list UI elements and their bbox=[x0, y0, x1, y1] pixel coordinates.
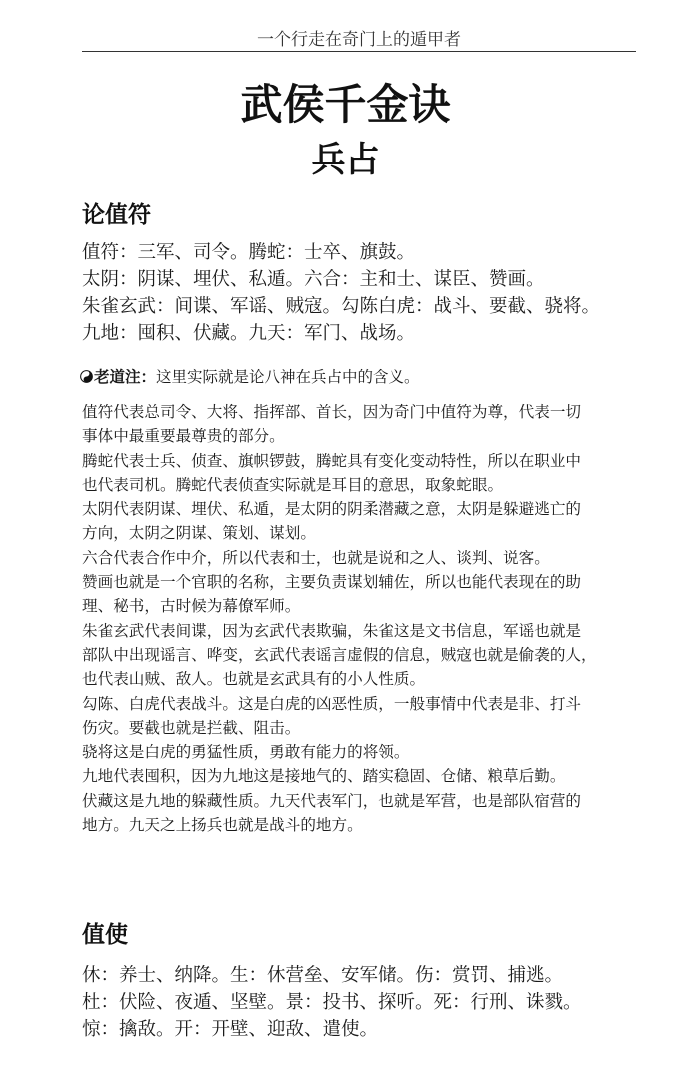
prose-line: 部队中出现谣言、哗变，玄武代表谣言虚假的信息，贼寇也就是偷袭的人， bbox=[82, 643, 638, 667]
verse-block-shen: 值符：三军、司令。腾蛇：士卒、旗鼓。 太阴：阴谋、埋伏、私遁。六合：主和士、谋臣… bbox=[82, 239, 642, 347]
verse-line: 朱雀玄武：间谍、军谣、贼寇。勾陈白虎：战斗、要截、骁将。 bbox=[82, 293, 642, 320]
prose-line: 伏藏这是九地的躲藏性质。九天代表军门，也就是军营，也是部队宿营的 bbox=[82, 789, 638, 813]
prose-line: 方向，太阴之阴谋、策划、谋划。 bbox=[82, 521, 638, 545]
header-rule bbox=[82, 51, 636, 52]
prose-line: 勾陈、白虎代表战斗。这是白虎的凶恶性质，一般事情中代表是非、打斗 bbox=[82, 692, 638, 716]
note-text: 这里实际就是论八神在兵占中的含义。 bbox=[156, 368, 420, 386]
verse-line: 太阴：阴谋、埋伏、私遁。六合：主和士、谋臣、赞画。 bbox=[82, 266, 642, 293]
prose-line: 骁将这是白虎的勇猛性质，勇敢有能力的将领。 bbox=[82, 740, 638, 764]
annotation-note: 老道注：这里实际就是论八神在兵占中的含义。 bbox=[80, 366, 640, 388]
commentary-prose: 值符代表总司令、大将、指挥部、首长，因为奇门中值符为尊，代表一切 事体中最重要最… bbox=[82, 400, 638, 837]
note-label: 老道注： bbox=[94, 368, 156, 386]
section-heading-lun-zhifu: 论值符 bbox=[82, 200, 151, 230]
verse-line: 值符：三军、司令。腾蛇：士卒、旗鼓。 bbox=[82, 239, 642, 266]
prose-line: 赞画也就是一个官职的名称，主要负责谋划辅佐，所以也能代表现在的助 bbox=[82, 570, 638, 594]
prose-line: 伤灾。要截也就是拦截、阻击。 bbox=[82, 716, 638, 740]
prose-line: 也代表山贼、敌人。也就是玄武具有的小人性质。 bbox=[82, 667, 638, 691]
prose-line: 六合代表合作中介，所以代表和士，也就是说和之人、谈判、说客。 bbox=[82, 546, 638, 570]
verse-line: 休：养士、纳降。生：休营垒、安军储。伤：赏罚、捕逃。 bbox=[82, 962, 642, 989]
prose-line: 太阴代表阴谋、埋伏、私遁，是太阴的阴柔潜藏之意，太阴是躲避逃亡的 bbox=[82, 497, 638, 521]
verse-line: 九地：囤积、伏藏。九天：军门、战场。 bbox=[82, 320, 642, 347]
prose-line: 也代表司机。腾蛇代表侦查实际就是耳目的意思，取象蛇眼。 bbox=[82, 473, 638, 497]
yin-yang-icon bbox=[80, 367, 93, 380]
page-title: 武侯千金诀 bbox=[0, 80, 691, 130]
prose-line: 理、秘书，古时候为幕僚军师。 bbox=[82, 594, 638, 618]
prose-line: 地方。九天之上扬兵也就是战斗的地方。 bbox=[82, 813, 638, 837]
prose-line: 值符代表总司令、大将、指挥部、首长，因为奇门中值符为尊，代表一切 bbox=[82, 400, 638, 424]
prose-line: 九地代表囤积，因为九地这是接地气的、踏实稳固、仓储、粮草后勤。 bbox=[82, 764, 638, 788]
verse-block-men: 休：养士、纳降。生：休营垒、安军储。伤：赏罚、捕逃。 杜：伏险、夜遁、坚壁。景：… bbox=[82, 962, 642, 1043]
prose-line: 朱雀玄武代表间谍，因为玄武代表欺骗，朱雀这是文书信息，军谣也就是 bbox=[82, 619, 638, 643]
prose-line: 事体中最重要最尊贵的部分。 bbox=[82, 424, 638, 448]
section-heading-zhishi: 值使 bbox=[82, 920, 128, 950]
verse-line: 惊：擒敌。开：开壁、迎敌、遣使。 bbox=[82, 1016, 642, 1043]
prose-line: 腾蛇代表士兵、侦查、旗帜锣鼓，腾蛇具有变化变动特性，所以在职业中 bbox=[82, 449, 638, 473]
page-subtitle: 兵占 bbox=[0, 140, 691, 180]
verse-line: 杜：伏险、夜遁、坚壁。景：投书、探听。死：行刑、诛戮。 bbox=[82, 989, 642, 1016]
